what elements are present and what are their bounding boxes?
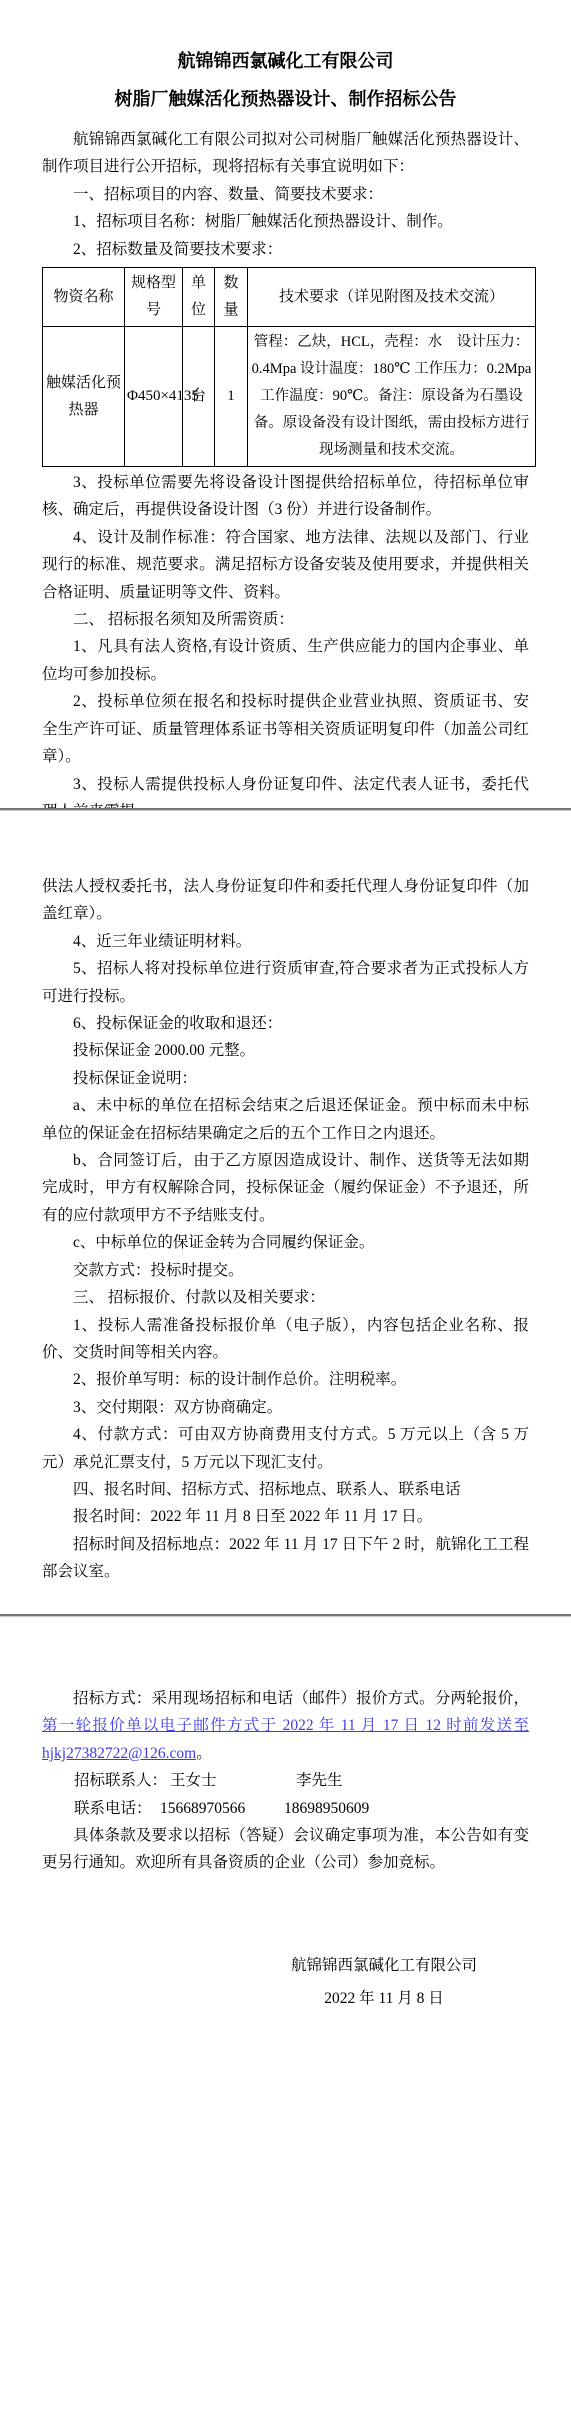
section-3-item-4: 4、付款方式：可由双方协商费用支付方式。5 万元以上（含 5 万元）承兑汇票支付… [42, 1421, 529, 1476]
section-2-item-1: 1、凡具有法人资格,有设计资质、生产供应能力的国内企事业、单位均可参加投标。 [42, 633, 529, 688]
section-2-item-6: 6、投标保证金的收取和退还： [42, 1010, 529, 1037]
bid-method-text: 招标方式：采用现场招标和电话（邮件）报价方式。分两轮报价， [73, 1690, 529, 1707]
cell-quantity: 1 [215, 327, 248, 467]
contact-person-row: 招标联系人：王女士李先生 [42, 1767, 529, 1794]
section-2-item-5: 5、招标人将对投标单位进行资质审查,符合要求者为正式投标人方可进行投标。 [42, 955, 529, 1010]
table-row: 触媒活化预热器 Φ450×4135 台 1 管程：乙炔，HCL，壳程：水 设计压… [43, 327, 536, 467]
signup-time: 报名时间：2022 年 11 月 8 日至 2022 年 11 月 17 日。 [42, 1503, 529, 1530]
cell-material-name: 触媒活化预热器 [43, 327, 125, 467]
section-2-item-4: 4、近三年业绩证明材料。 [42, 928, 529, 955]
closing-paragraph: 具体条款及要求以招标（答疑）会议确定事项为准，本公告如有变更另行通知。欢迎所有具… [42, 1822, 529, 1877]
section-2-item-3-part1: 3、投标人需提供投标人身份证复印件、法定代表人证书，委托代理人前来需提 [42, 771, 529, 809]
bid-time-place: 招标时间及招标地点：2022 年 11 月 17 日下午 2 时，航锦化工工程部… [42, 1531, 529, 1586]
cell-spec-model: Φ450×4135 [125, 327, 183, 467]
cell-tech-requirements: 管程：乙炔，HCL，壳程：水 设计压力：0.4Mpa 设计温度：180℃ 工作压… [248, 327, 536, 467]
section-1-heading: 一、招标项目的内容、数量、简要技术要求： [42, 181, 529, 208]
contact-phone-row: 联系电话：1566897056618698950609 [42, 1795, 529, 1822]
document-subtitle: 树脂厂触媒活化预热器设计、制作招标公告 [42, 84, 529, 114]
section-1-item-2: 2、招标数量及简要技术要求： [42, 236, 529, 263]
page-3: 招标方式：采用现场招标和电话（邮件）报价方式。分两轮报价，第一轮报价单以电子邮件… [0, 1617, 571, 2421]
section-4-heading: 四、报名时间、招标方式、招标地点、联系人、联系电话 [42, 1476, 529, 1503]
document-title: 航锦锦西氯碱化工有限公司 [42, 46, 529, 76]
page-1: 航锦锦西氯碱化工有限公司 树脂厂触媒活化预热器设计、制作招标公告 航锦锦西氯碱化… [0, 0, 571, 808]
header-material-name: 物资名称 [43, 268, 125, 327]
contact-person-1: 王女士 [170, 1767, 296, 1794]
section-3-item-1: 1、投标人需准备投标报价单（电子版），内容包括企业名称、报价、交货时间等相关内容… [42, 1312, 529, 1367]
contact-label: 招标联系人： [74, 1767, 170, 1794]
table-header-row: 物资名称 规格型号 单位 数量 技术要求（详见附图及技术交流） [43, 268, 536, 327]
header-tech-requirements: 技术要求（详见附图及技术交流） [248, 268, 536, 327]
contact-person-2: 李先生 [296, 1772, 343, 1789]
payment-on-bid: 交款方式：投标时提交。 [42, 1257, 529, 1284]
page-2: 供法人授权委托书，法人身份证复印件和委托代理人身份证复印件（加盖红章）。 4、近… [0, 811, 571, 1614]
section-3-heading: 三、 招标报价、付款以及相关要求： [42, 1284, 529, 1311]
phone-number-2: 18698950609 [284, 1800, 369, 1817]
signature-block: 航锦锦西氯碱化工有限公司 2022 年 11 月 8 日 [291, 1949, 477, 2015]
header-unit: 单位 [183, 268, 215, 327]
deposit-note-c: c、中标单位的保证金转为合同履约保证金。 [42, 1229, 529, 1256]
signature-date: 2022 年 11 月 8 日 [291, 1982, 477, 2015]
header-quantity: 数量 [215, 268, 248, 327]
intro-paragraph: 航锦锦西氯碱化工有限公司拟对公司树脂厂触媒活化预热器设计、制作项目进行公开招标，… [42, 126, 529, 181]
deposit-note-b: b、合同签订后，由于乙方原因造成设计、制作、送货等无法如期完成时，甲方有权解除合… [42, 1147, 529, 1229]
section-1-item-4: 4、设计及制作标准：符合国家、地方法律、法规以及部门、行业现行的标准、规范要求。… [42, 524, 529, 606]
signature-company: 航锦锦西氯碱化工有限公司 [291, 1949, 477, 1982]
section-2-item-3-part2: 供法人授权委托书，法人身份证复印件和委托代理人身份证复印件（加盖红章）。 [42, 873, 529, 928]
phone-label: 联系电话： [74, 1795, 160, 1822]
deposit-amount: 投标保证金 2000.00 元整。 [42, 1037, 529, 1064]
header-spec-model: 规格型号 [125, 268, 183, 327]
section-2-item-2: 2、投标单位须在报名和投标时提供企业营业执照、资质证书、安全生产许可证、质量管理… [42, 688, 529, 770]
phone-number-1: 15668970566 [160, 1795, 284, 1822]
section-1-item-1: 1、招标项目名称：树脂厂触媒活化预热器设计、制作。 [42, 208, 529, 235]
bid-method-paragraph: 招标方式：采用现场招标和电话（邮件）报价方式。分两轮报价，第一轮报价单以电子邮件… [42, 1685, 529, 1767]
materials-table: 物资名称 规格型号 单位 数量 技术要求（详见附图及技术交流） 触媒活化预热器 … [42, 267, 536, 467]
section-3-item-2: 2、报价单写明：标的设计制作总价。注明税率。 [42, 1366, 529, 1393]
section-1-item-3: 3、投标单位需要先将设备设计图提供给招标单位，待招标单位审核、确定后，再提供设备… [42, 469, 529, 524]
email-link[interactable]: 第一轮报价单以电子邮件方式于 2022 年 11 月 17 日 12 时前发送至… [42, 1717, 529, 1761]
deposit-note-heading: 投标保证金说明： [42, 1065, 529, 1092]
bid-method-period: 。 [196, 1745, 212, 1762]
section-2-heading: 二、 招标报名须知及所需资质： [42, 606, 529, 633]
section-3-item-3: 3、交付期限：双方协商确定。 [42, 1394, 529, 1421]
deposit-note-a: a、未中标的单位在招标会结束之后退还保证金。预中标而未中标单位的保证金在招标结果… [42, 1092, 529, 1147]
